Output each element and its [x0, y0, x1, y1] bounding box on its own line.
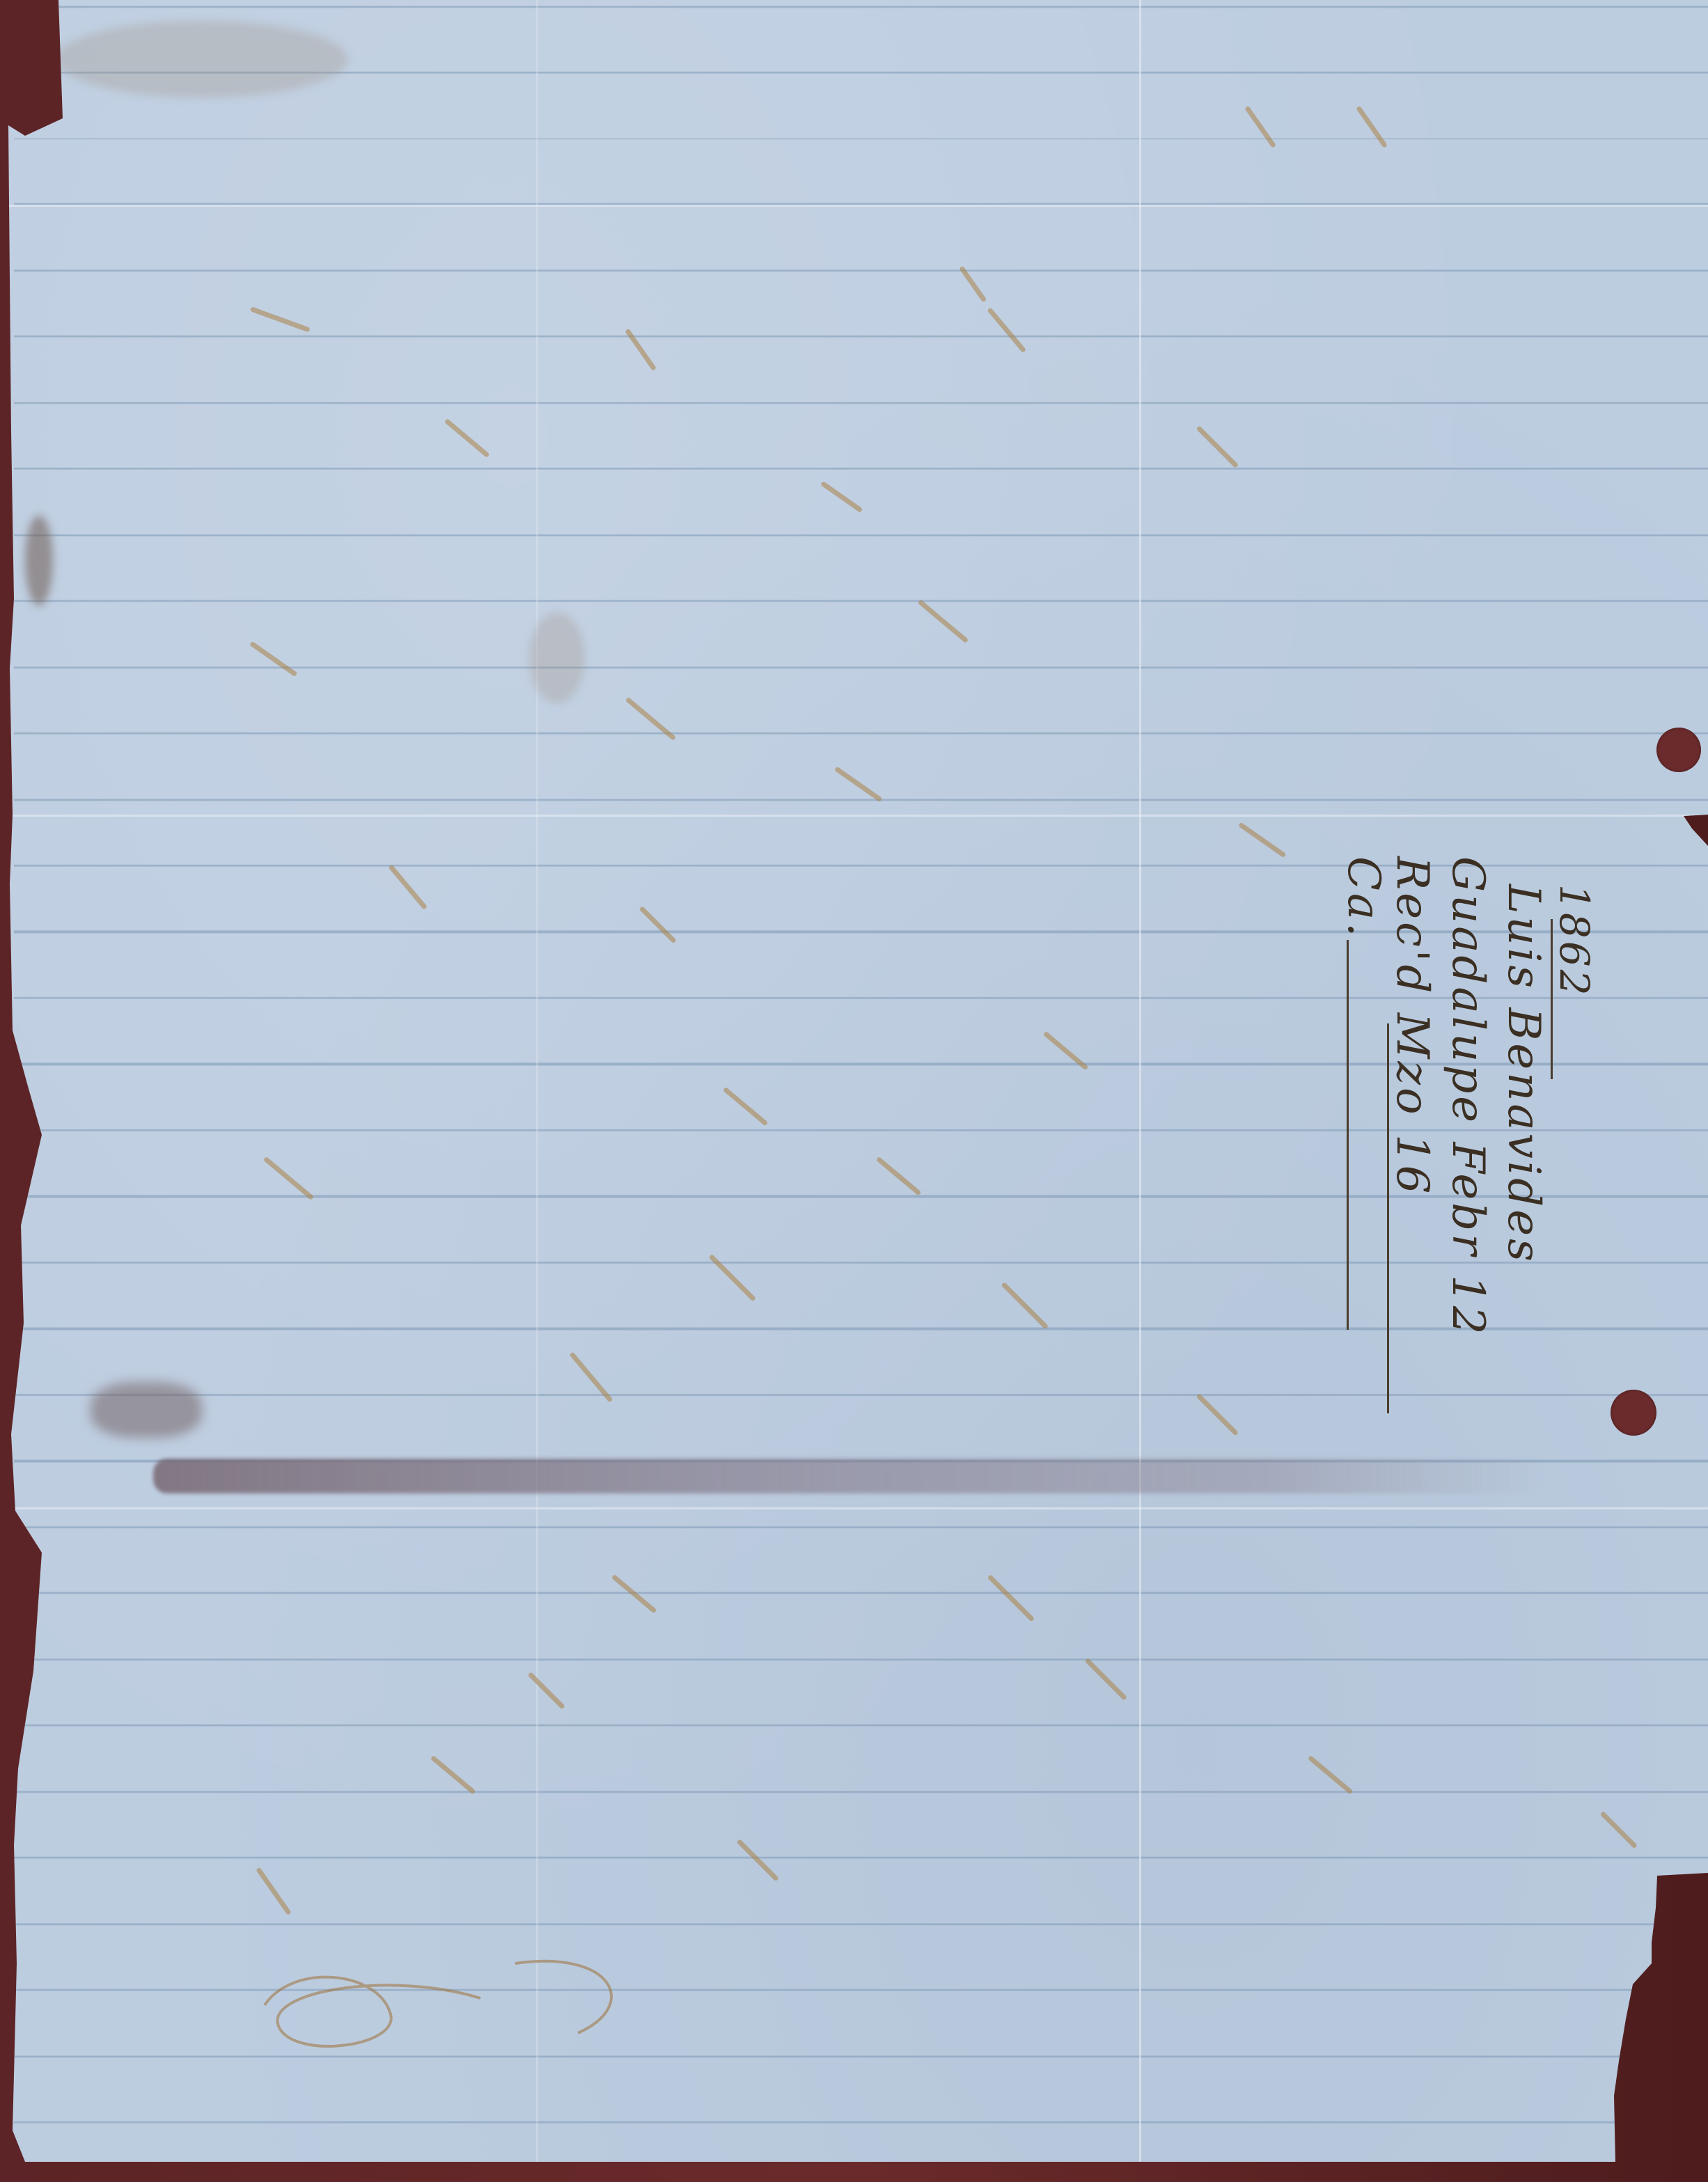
punch-hole [1611, 1390, 1656, 1436]
docket-received: Rec'd Mzo 16 [1386, 856, 1438, 1196]
docket-underline [1387, 1023, 1389, 1413]
docket-underline [1347, 940, 1349, 1330]
docket-annotation: 1862 Luis Benavides Guadalupe Febr 12 Re… [1347, 856, 1598, 1560]
letter-page: 1862 Luis Benavides Guadalupe Febr 12 Re… [0, 0, 1708, 2182]
docket-underline [1551, 919, 1553, 1079]
signature-flourish [251, 1922, 641, 2061]
punch-hole [1656, 728, 1701, 772]
docket-correspondent: Luis Benavides [1498, 884, 1549, 1264]
docket-year: 1862 [1551, 884, 1598, 998]
docket-place-date: Guadalupe Febr 12 [1442, 856, 1494, 1337]
docket-abbrev: Ca. [1338, 856, 1389, 939]
